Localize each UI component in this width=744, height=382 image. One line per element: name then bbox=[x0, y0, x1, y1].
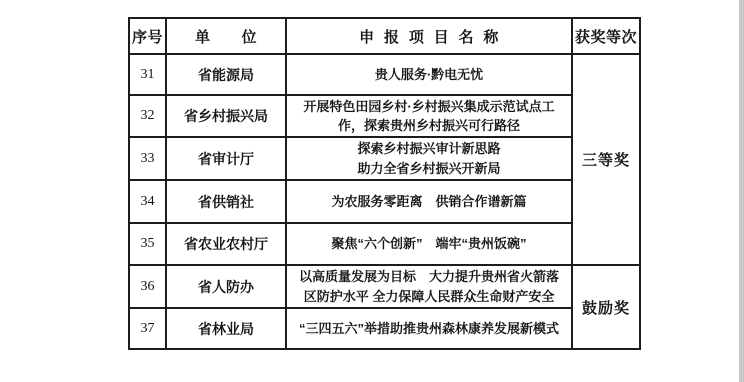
col-header-index: 序号 bbox=[129, 18, 166, 54]
table-row: 34 省供销社 为农服务零距离 供销合作谱新篇 bbox=[129, 180, 640, 223]
project-cell: 聚焦“六个创新” 端牢“贵州饭碗” bbox=[286, 223, 572, 265]
row-index: 35 bbox=[129, 223, 166, 265]
unit-cell: 省林业局 bbox=[166, 308, 286, 349]
unit-cell: 省农业农村厅 bbox=[166, 223, 286, 265]
project-cell: 以高质量发展为目标 大力提升贵州省火箭落 区防护水平 全力保障人民群众生命财产安… bbox=[286, 265, 572, 308]
row-index: 31 bbox=[129, 54, 166, 95]
page-edge-strip bbox=[739, 0, 744, 382]
table-row: 31 省能源局 贵人服务·黔电无忧 三等奖 bbox=[129, 54, 640, 95]
unit-cell: 省供销社 bbox=[166, 180, 286, 223]
table-row: 37 省林业局 “三四五六”举措助推贵州森林康养发展新模式 bbox=[129, 308, 640, 349]
col-header-unit: 单 位 bbox=[166, 18, 286, 54]
table-row: 32 省乡村振兴局 开展特色田园乡村·乡村振兴集成示范试点工 作，探索贵州乡村振… bbox=[129, 95, 640, 137]
row-index: 37 bbox=[129, 308, 166, 349]
col-header-project: 申 报 项 目 名 称 bbox=[286, 18, 572, 54]
project-cell: 为农服务零距离 供销合作谱新篇 bbox=[286, 180, 572, 223]
table-row: 33 省审计厅 探索乡村振兴审计新思路 助力全省乡村振兴开新局 bbox=[129, 137, 640, 180]
project-cell: “三四五六”举措助推贵州森林康养发展新模式 bbox=[286, 308, 572, 349]
unit-cell: 省审计厅 bbox=[166, 137, 286, 180]
project-cell: 贵人服务·黔电无忧 bbox=[286, 54, 572, 95]
document-page: 序号 单 位 申 报 项 目 名 称 获奖等次 31 省能源局 贵人服务·黔电无… bbox=[0, 0, 744, 382]
row-index: 34 bbox=[129, 180, 166, 223]
row-index: 33 bbox=[129, 137, 166, 180]
table-row: 36 省人防办 以高质量发展为目标 大力提升贵州省火箭落 区防护水平 全力保障人… bbox=[129, 265, 640, 308]
award-cell-third-prize: 三等奖 bbox=[572, 54, 640, 265]
table-header-row: 序号 单 位 申 报 项 目 名 称 获奖等次 bbox=[129, 18, 640, 54]
project-cell: 探索乡村振兴审计新思路 助力全省乡村振兴开新局 bbox=[286, 137, 572, 180]
unit-cell: 省能源局 bbox=[166, 54, 286, 95]
project-cell: 开展特色田园乡村·乡村振兴集成示范试点工 作，探索贵州乡村振兴可行路径 bbox=[286, 95, 572, 137]
award-table: 序号 单 位 申 报 项 目 名 称 获奖等次 31 省能源局 贵人服务·黔电无… bbox=[128, 17, 641, 350]
row-index: 32 bbox=[129, 95, 166, 137]
col-header-award: 获奖等次 bbox=[572, 18, 640, 54]
table-row: 35 省农业农村厅 聚焦“六个创新” 端牢“贵州饭碗” bbox=[129, 223, 640, 265]
award-cell-encouragement-prize: 鼓励奖 bbox=[572, 265, 640, 349]
row-index: 36 bbox=[129, 265, 166, 308]
unit-cell: 省乡村振兴局 bbox=[166, 95, 286, 137]
unit-cell: 省人防办 bbox=[166, 265, 286, 308]
